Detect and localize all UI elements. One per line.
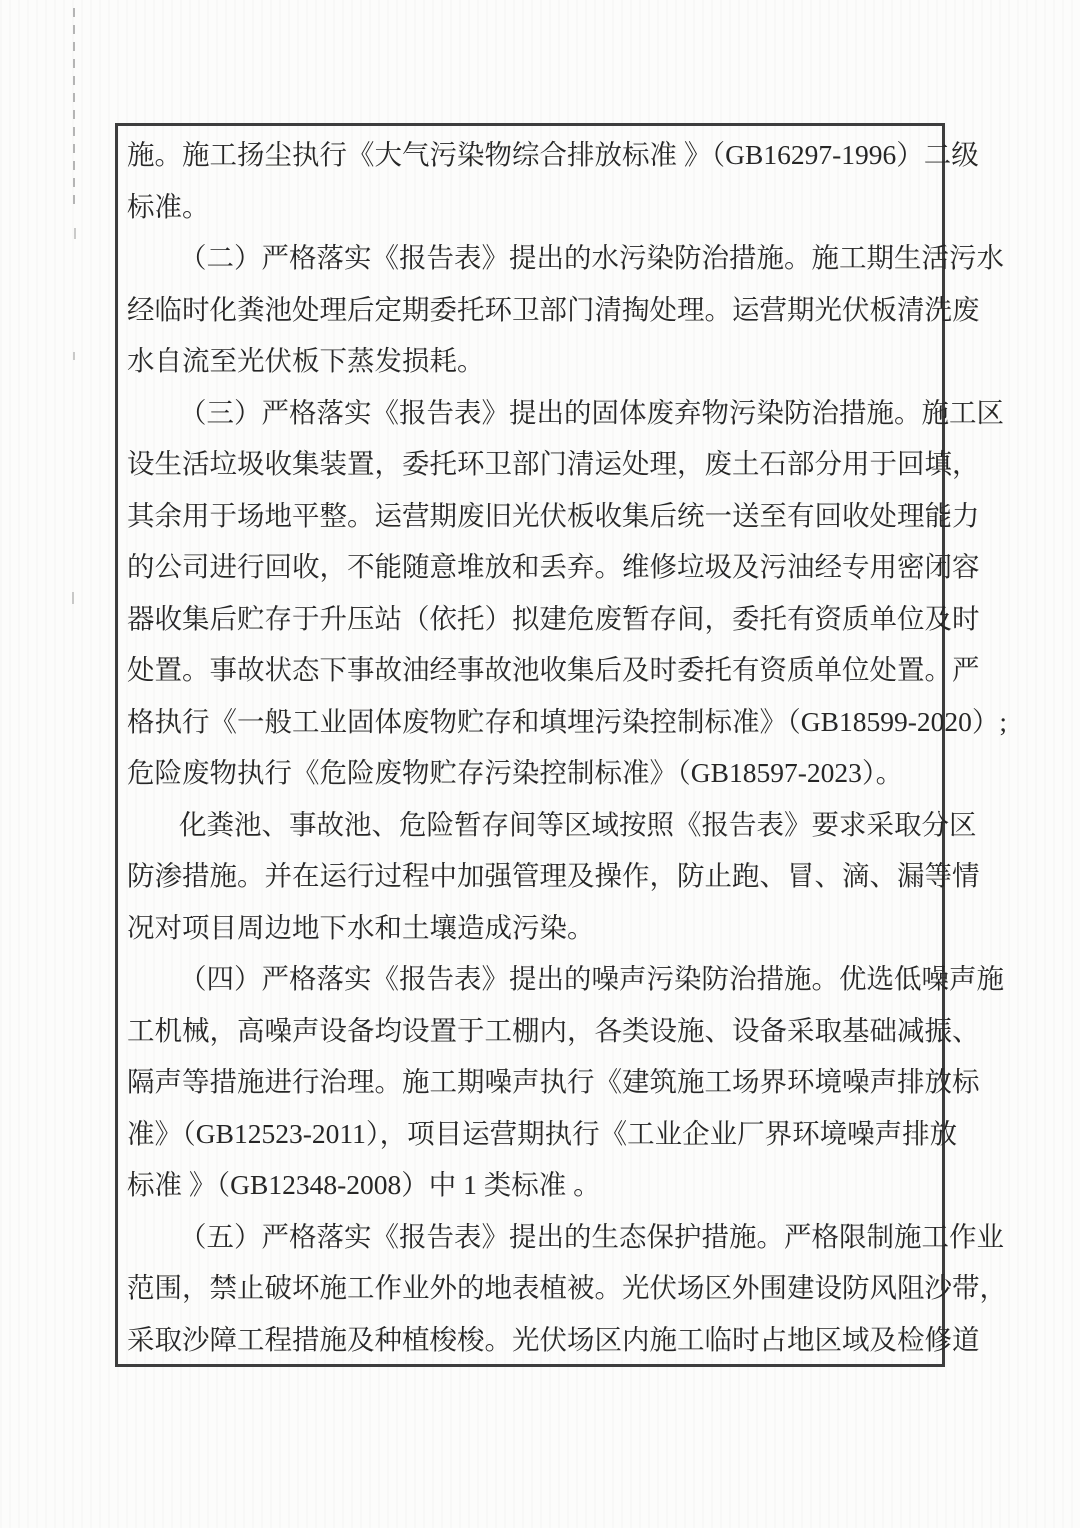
text-line: 采取沙障工程措施及种植梭梭。光伏场区内施工临时占地区域及检修道 (127, 1314, 933, 1366)
text-line: 标准。 (127, 181, 933, 233)
text-line: 工机械，高噪声设备均设置于工棚内，各类设施、设备采取基础减振、 (127, 1005, 933, 1057)
fold-mark-dashed-line (73, 8, 75, 204)
text-line: 防渗措施。并在运行过程中加强管理及操作，防止跑、冒、滴、漏等情 (127, 850, 933, 902)
text-line: 处置。事故状态下事故油经事故池收集后及时委托有资质单位处置。严 (127, 644, 933, 696)
text-line: 危险废物执行《危险废物贮存污染控制标准》（GB18597-2023）。 (127, 747, 933, 799)
text-line: 施。施工扬尘执行《大气污染物综合排放标准 》（GB16297-1996）二级 (127, 129, 933, 181)
text-line: （四）严格落实《报告表》提出的噪声污染防治措施。优选低噪声施 (127, 953, 933, 1005)
text-line: 器收集后贮存于升压站（依托）拟建危废暂存间，委托有资质单位及时 (127, 593, 933, 645)
text-line: 范围，禁止破坏施工作业外的地表植被。光伏场区外围建设防风阻沙带， (127, 1262, 933, 1314)
text-line: 标准 》（GB12348-2008）中 1 类标准 。 (127, 1159, 933, 1211)
text-line: 水自流至光伏板下蒸发损耗。 (127, 335, 933, 387)
scan-speck (73, 352, 75, 360)
text-line: （三）严格落实《报告表》提出的固体废弃物污染防治措施。施工区 (127, 387, 933, 439)
text-line: （五）严格落实《报告表》提出的生态保护措施。严格限制施工作业 (127, 1211, 933, 1263)
text-line: 设生活垃圾收集装置，委托环卫部门清运处理，废土石部分用于回填， (127, 438, 933, 490)
text-line: 化粪池、事故池、危险暂存间等区域按照《报告表》要求采取分区 (127, 799, 933, 851)
text-line: 隔声等措施进行治理。施工期噪声执行《建筑施工场界环境噪声排放标 (127, 1056, 933, 1108)
text-line: 况对项目周边地下水和土壤造成污染。 (127, 902, 933, 954)
scanned-document-page: { "colors": { "paper": "#fcfcfb", "ink":… (0, 0, 1080, 1528)
text-line: 的公司进行回收，不能随意堆放和丢弃。维修垃圾及污油经专用密闭容 (127, 541, 933, 593)
text-line: 格执行《一般工业固体废物贮存和填埋污染控制标准》（GB18599-2020）; (127, 696, 933, 748)
text-line: 其余用于场地平整。运营期废旧光伏板收集后统一送至有回收处理能力 (127, 490, 933, 542)
text-line: 经临时化粪池处理后定期委托环卫部门清掏处理。运营期光伏板清洗废 (127, 284, 933, 336)
scan-speck (72, 592, 74, 604)
text-line: （二）严格落实《报告表》提出的水污染防治措施。施工期生活污水 (127, 232, 933, 284)
scan-speck (74, 228, 76, 239)
document-text-box: 施。施工扬尘执行《大气污染物综合排放标准 》（GB16297-1996）二级 标… (115, 123, 945, 1367)
text-line: 准》（GB12523-2011），项目运营期执行《工业企业厂界环境噪声排放 (127, 1108, 933, 1160)
